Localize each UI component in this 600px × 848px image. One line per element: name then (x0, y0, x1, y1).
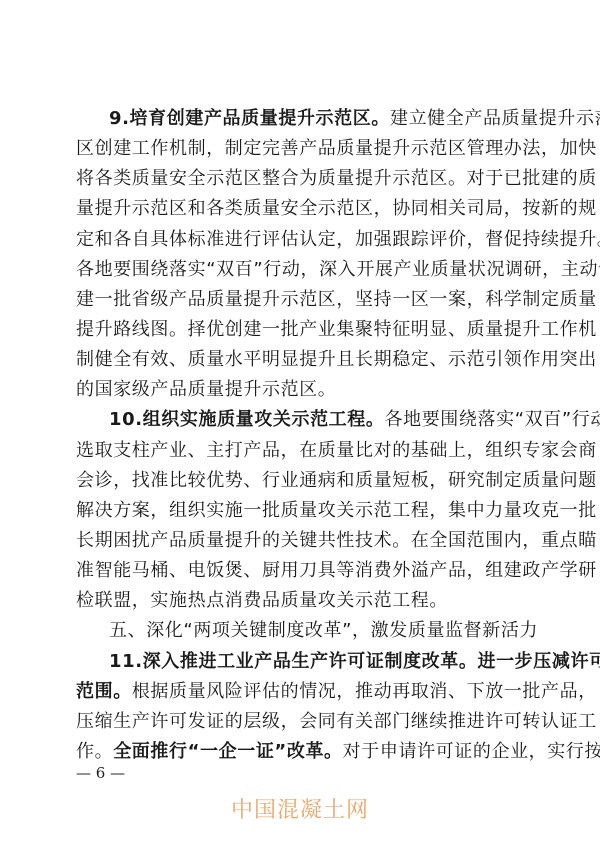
section-heading: 10.组织实施质量攻关示范工程。 (109, 409, 385, 430)
bold-phrase: 全面推行“一企一证”改革。 (113, 741, 342, 762)
paragraph-line: 11.深入推进工业产品生产许可证制度改革。进一步压减许可 (76, 647, 546, 677)
paragraph-line: 会诊，找准比较优势、行业通病和质量短板，研究制定质量问题 (76, 466, 546, 496)
paragraph-line: 的国家级产品质量提升示范区。 (76, 375, 546, 405)
line-text: 根据质量风险评估的情况，推动再取消、下放一批产品， (132, 681, 597, 702)
paragraph-line: 作。全面推行“一企一证”改革。对于申请许可证的企业，实行按企 (76, 737, 546, 767)
paragraph-line: 检联盟，实施热点消费品质量攻关示范工程。 (76, 586, 546, 616)
paragraph-line: 范围。根据质量风险评估的情况，推动再取消、下放一批产品， (76, 677, 546, 707)
line-text: 对于申请许可证的企业，实行按企 (343, 741, 600, 762)
paragraph-line: 量提升示范区和各类质量安全示范区，协同相关司局，按新的规 (76, 194, 546, 224)
paragraph-line: 将各类质量安全示范区整合为质量提升示范区。对于已批建的质 (76, 164, 546, 194)
line-text: 各地要围绕落实“双百”行动， (385, 409, 600, 430)
section-heading: 范围。 (76, 681, 132, 702)
document-body: 9.培育创建产品质量提升示范区。建立健全产品质量提升示范 区创建工作机制，制定完… (76, 104, 546, 767)
paragraph-line: 选取支柱产业、主打产品，在质量比对的基础上，组织专家会商 (76, 436, 546, 466)
paragraph-line: 各地要围绕落实“双百”行动，深入开展产业质量状况调研，主动创 (76, 255, 546, 285)
paragraph-line: 压缩生产许可发证的层级，会同有关部门继续推进许可转认证工 (76, 707, 546, 737)
paragraph-line: 长期困扰产品质量提升的关键共性技术。在全国范围内，重点瞄 (76, 526, 546, 556)
line-text: 建立健全产品质量提升示范 (390, 108, 600, 129)
paragraph-line: 解决方案，组织实施一批质量攻关示范工程，集中力量攻克一批 (76, 496, 546, 526)
section-heading: 9.培育创建产品质量提升示范区。 (109, 108, 390, 129)
paragraph-line: 制健全有效、质量水平明显提升且长期稳定、示范引领作用突出 (76, 345, 546, 375)
paragraph-line: 9.培育创建产品质量提升示范区。建立健全产品质量提升示范 (76, 104, 546, 134)
paragraph-line: 10.组织实施质量攻关示范工程。各地要围绕落实“双百”行动， (76, 405, 546, 435)
paragraph-line: 区创建工作机制，制定完善产品质量提升示范区管理办法，加快 (76, 134, 546, 164)
paragraph-line: 提升路线图。择优创建一批产业集聚特征明显、质量提升工作机 (76, 315, 546, 345)
watermark: 中国混凝土网 (0, 793, 600, 824)
paragraph-line: 定和各自具体标准进行评估认定，加强跟踪评价，督促持续提升。 (76, 225, 546, 255)
paragraph-line: 建一批省级产品质量提升示范区，坚持一区一案，科学制定质量 (76, 285, 546, 315)
paragraph-line: 准智能马桶、电饭煲、厨用刀具等消费外溢产品，组建政产学研 (76, 556, 546, 586)
chapter-heading: 五、深化“两项关键制度改革”，激发质量监督新活力 (76, 616, 546, 646)
page-number: — 6 — (76, 764, 125, 782)
section-heading: 11.深入推进工业产品生产许可证制度改革。进一步压减许可 (109, 651, 600, 672)
line-text: 作。 (76, 741, 113, 762)
